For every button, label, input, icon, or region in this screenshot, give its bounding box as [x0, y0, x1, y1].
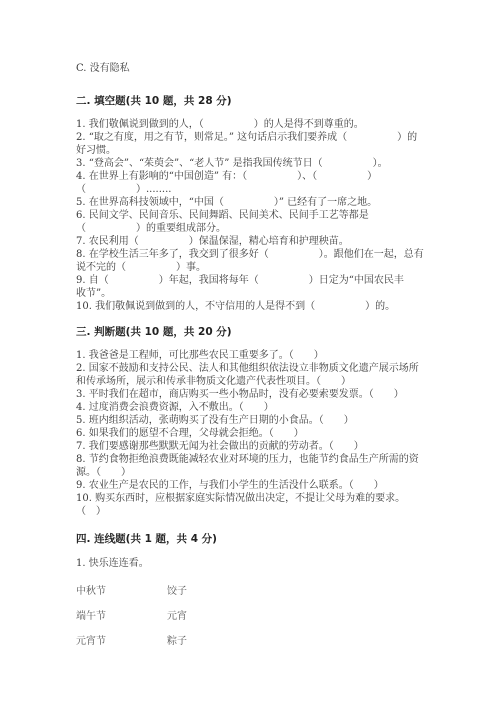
judge-line: 7. 我们要感谢那些默默无闻为社会做出的贡献的劳动者。（ ）: [76, 440, 364, 453]
judge-line: 10. 购买东西时，应根据家庭实际情况做出决定，不提让父母为难的要求。: [76, 492, 405, 505]
fill-line: （ ）........: [76, 183, 171, 196]
judge-line: （ ）: [76, 505, 106, 518]
fill-line: 好习惯。: [76, 144, 116, 157]
fill-line: 7. 农民利用（ ）保温保湿，精心培育和护理秧苗。: [76, 235, 349, 248]
judge-line: 和传承场所，展示和传承非物质文化遗产代表性项目。（ ）: [76, 375, 351, 388]
match-left-item: 中秋节: [76, 582, 106, 597]
match-left-item: 元宵节: [76, 632, 106, 647]
judge-line: 源。（ ）: [76, 466, 131, 479]
fill-line: 1. 我们敬佩说到做到的人，（ ）的人是得不到尊重的。: [76, 118, 364, 131]
judge-line: 6. 如果我们的愿望不合理，父母就会拒绝。（ ）: [76, 427, 304, 440]
judge-line: 1. 我爸爸是工程师，可比那些农民工重要多了。（ ）: [76, 349, 324, 362]
option-c: C. 没有隐私: [76, 62, 130, 75]
section-4-title: 四. 连线题(共 1 题，共 4 分): [76, 531, 217, 546]
fill-line: （ ）的重要组成部分。: [76, 222, 226, 235]
match-right-item: 粽子: [167, 632, 187, 647]
match-right-item: 饺子: [167, 582, 187, 597]
fill-line: 2. “取之有度，用之有节，则常足。” 这句话启示我们要养成（ ）的: [76, 131, 417, 144]
judge-line: 8. 节约食物拒绝浪费既能减轻农业对环境的压力，也能节约食品生产所需的资: [76, 453, 419, 466]
match-right-item: 元宵: [167, 607, 187, 622]
section-2-title: 二. 填空题(共 10 题，共 28 分): [76, 93, 232, 108]
section-3-title: 三. 判断题(共 10 题，共 20 分): [76, 324, 232, 339]
fill-line: 5. 在世界高科技领域中，“中国（ ）” 已经有了一席之地。: [76, 196, 377, 209]
fill-line: 4. 在世界上有影响的“中国创造” 有：（ ）、（ ）: [76, 170, 377, 183]
fill-line: 6. 民间文学、民间音乐、民间舞蹈、民间美术、民间手工艺等都是: [76, 209, 369, 222]
judge-line: 2. 国家不鼓励和支持公民、法人和其他组织依法设立非物质文化遗产展示场所: [76, 362, 419, 375]
fill-line: 10. 我们敬佩说到做到的人，不守信用的人是得不到（ ）的。: [76, 300, 395, 313]
match-left-item: 端午节: [76, 607, 106, 622]
judge-line: 9. 农业生产是农民的工作，与我们小学生的生活没什么联系。（ ）: [76, 479, 384, 492]
judge-line: 3. 平时我们在超市，商店购买一些小物品时，没有必要索要发票。（ ）: [76, 388, 404, 401]
worksheet-page: C. 没有隐私 二. 填空题(共 10 题，共 28 分) 1. 我们敬佩说到做…: [0, 0, 500, 707]
fill-line: 说不完的（ ）事。: [76, 261, 206, 274]
fill-line: 8. 在学校生活三年多了，我交到了很多好（ ）。跟他们在一起，总有: [76, 248, 424, 261]
judge-line: 4. 过度消费会浪费资源，入不敷出。（ ）: [76, 401, 274, 414]
fill-line: 9. 自（ ）年起，我国将每年（ ）日定为“中国农民丰: [76, 274, 404, 287]
match-question: 1. 快乐连连看。: [76, 557, 149, 570]
fill-line: 3. “登高会”、“茱萸会”、“老人节” 是指我国传统节日（ ）。: [76, 157, 388, 170]
judge-line: 5. 班内组织活动，张萌购买了没有生产日期的小食品。（ ）: [76, 414, 354, 427]
fill-line: 收节”。: [76, 287, 111, 300]
